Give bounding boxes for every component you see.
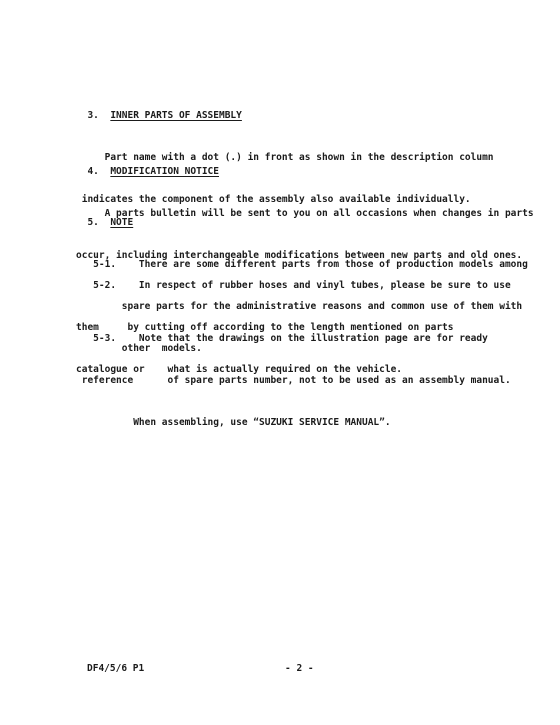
section-3-heading: 3. INNER PARTS OF ASSEMBLY — [76, 109, 494, 123]
section-5-title: NOTE — [110, 217, 133, 228]
note-5-3: 5-3. Note that the drawings on the illus… — [76, 304, 511, 458]
note-5-3-line-1: 5-3. Note that the drawings on the illus… — [76, 332, 511, 346]
document-page: 3. INNER PARTS OF ASSEMBLY Part name wit… — [0, 0, 560, 725]
section-3-number: 3. — [76, 110, 110, 121]
section-5-heading: 5. NOTE — [76, 216, 528, 230]
note-5-3-line-2: reference of spare parts number, not to … — [76, 374, 511, 388]
section-4-number: 4. — [76, 166, 110, 177]
section-4-heading: 4. MODIFICATION NOTICE — [76, 165, 534, 179]
footer-page-number: - 2 - — [285, 662, 314, 676]
section-5-number: 5. — [76, 217, 110, 228]
note-5-2-line-1: 5-2. In respect of rubber hoses and viny… — [76, 279, 511, 293]
footer-doc-code: DF4/5/6 P1 — [87, 662, 144, 676]
section-4-title: MODIFICATION NOTICE — [110, 166, 219, 177]
note-5-3-line-3: When assembling, use “SUZUKI SERVICE MAN… — [76, 416, 511, 430]
page-footer: DF4/5/6 P1 - 2 - — [0, 662, 560, 676]
section-3-title: INNER PARTS OF ASSEMBLY — [110, 110, 242, 121]
